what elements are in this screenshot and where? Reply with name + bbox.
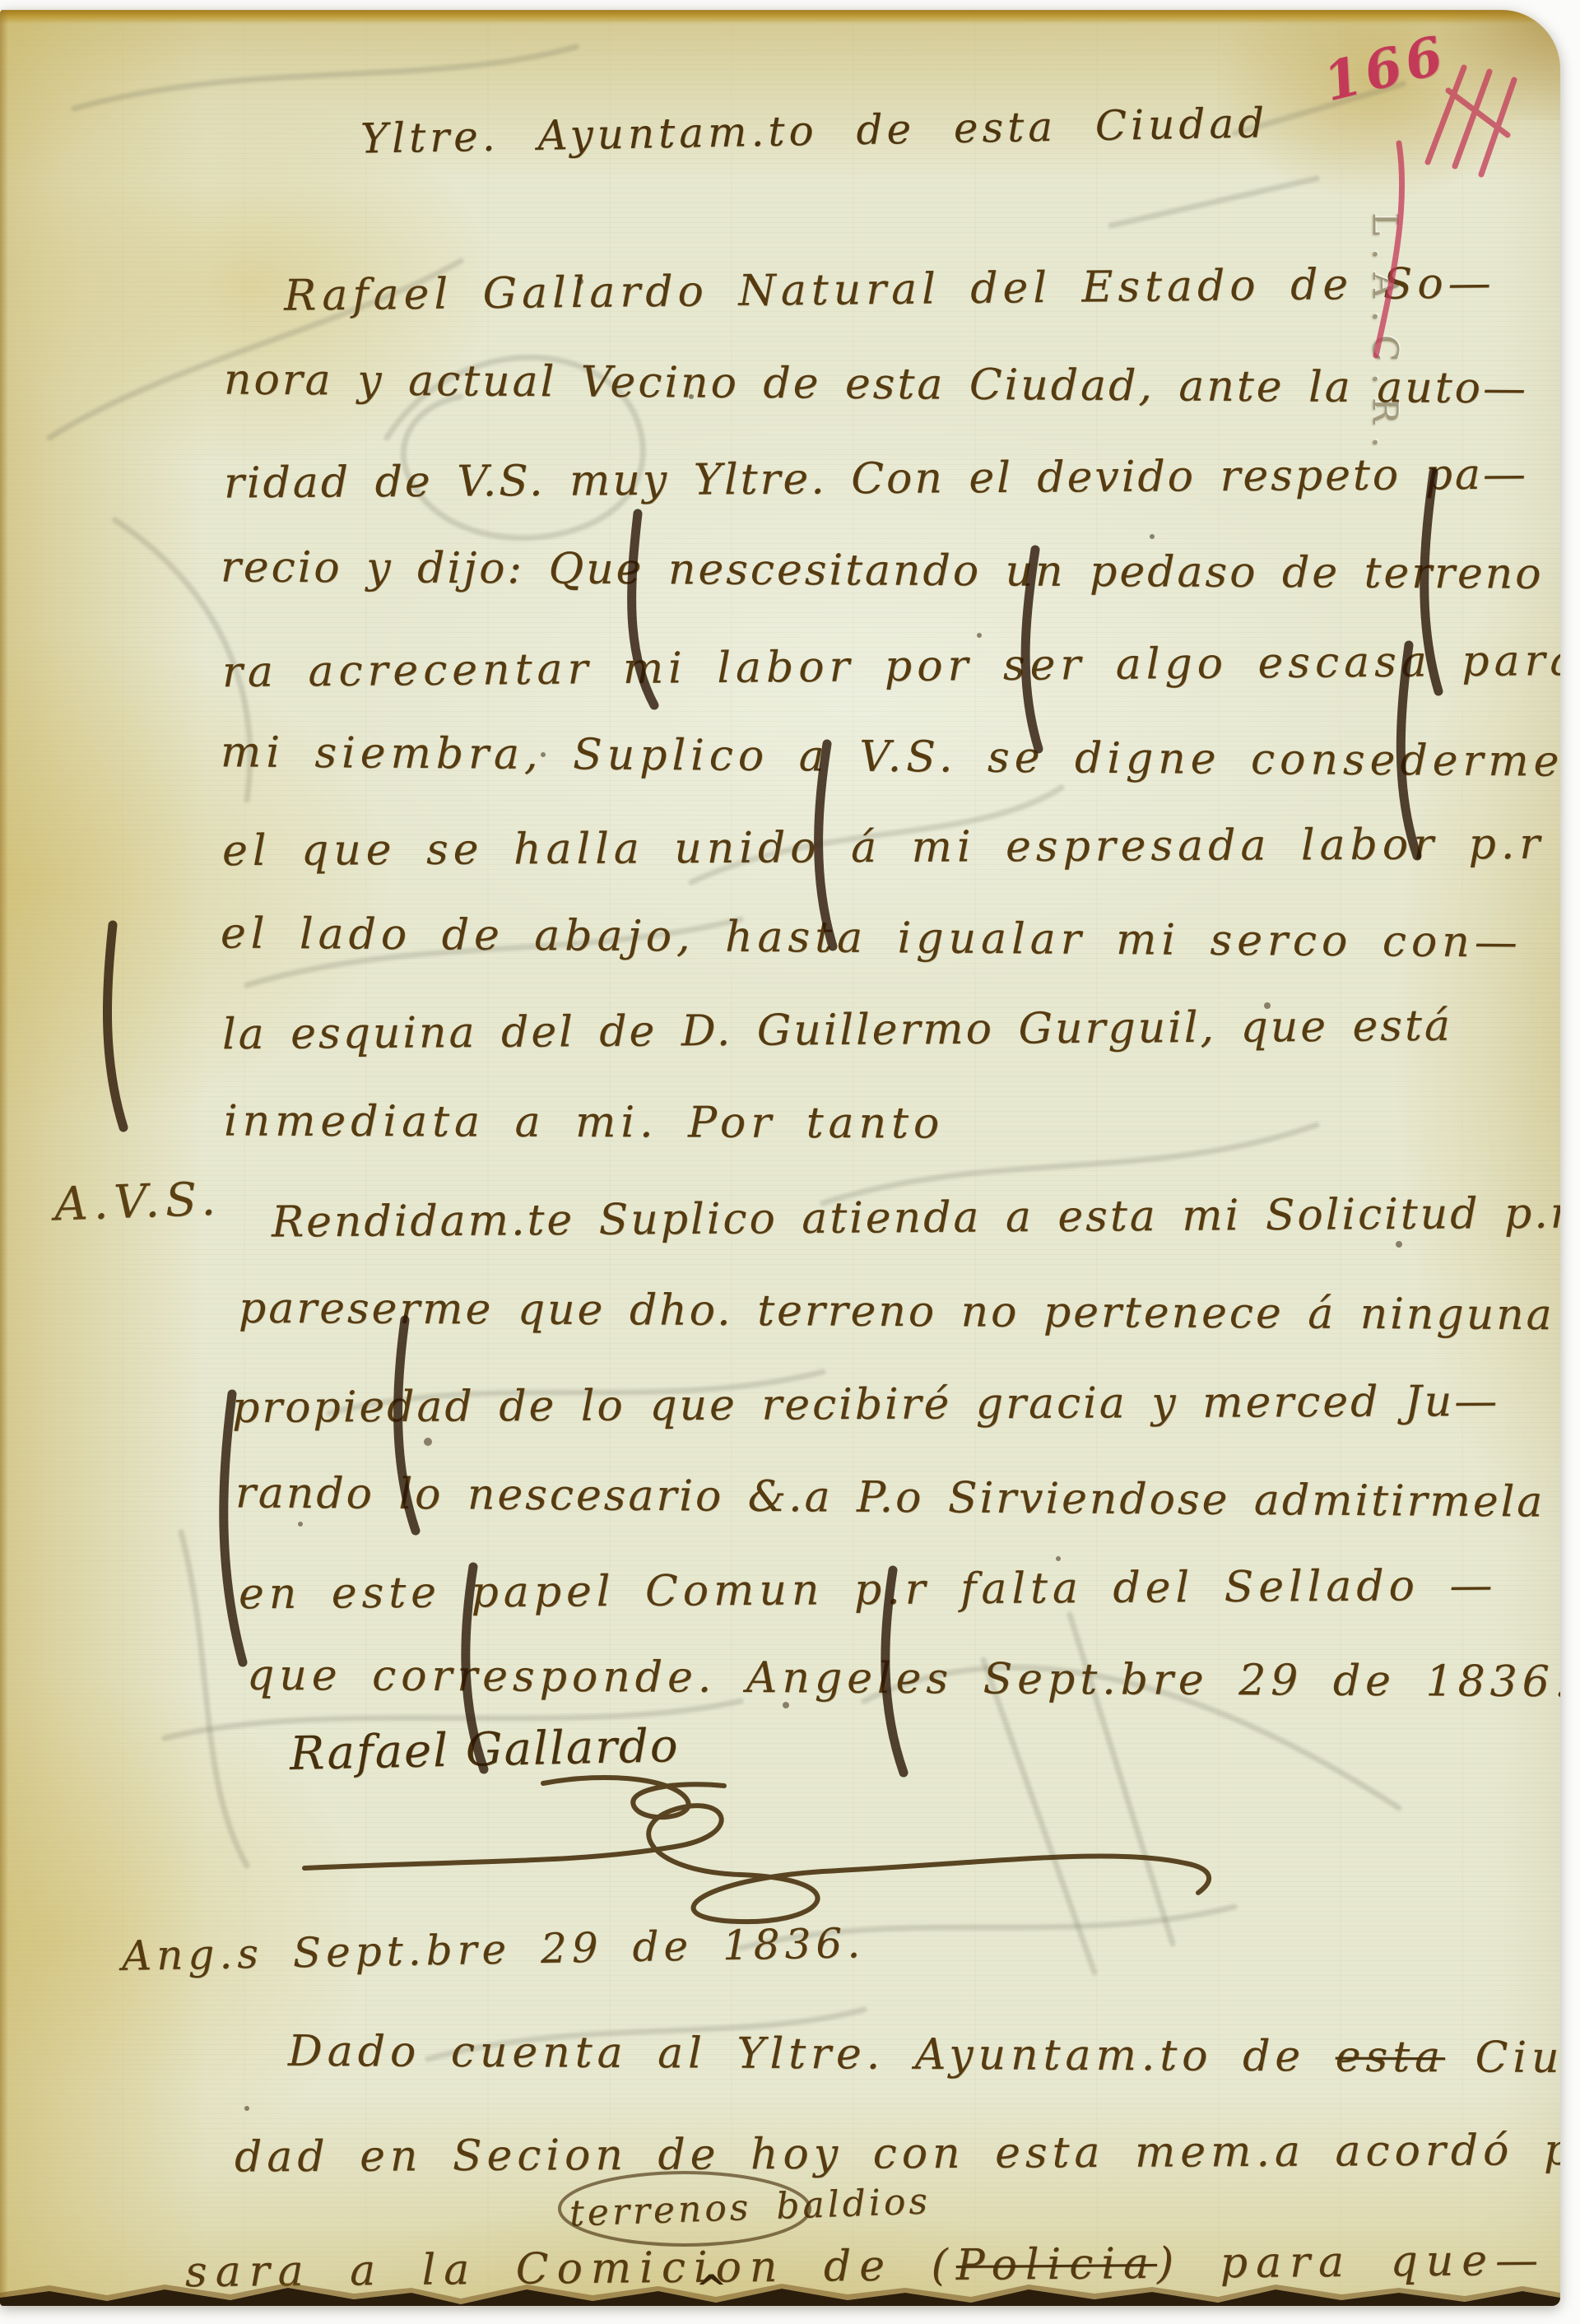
paper-deckle-edge-bottom: [0, 2273, 1560, 2306]
ink-speck: [424, 1438, 432, 1446]
red-crayon-mark: [1455, 72, 1489, 166]
docket-line: Dado cuenta al Yltre. Ayuntam.to de esta…: [288, 2027, 1560, 2083]
paper-corner-fold: [1434, 10, 1560, 120]
petition-line: ridad de V.S. muy Yltre. Con el devido r…: [224, 449, 1528, 508]
ink-speck: [1150, 534, 1155, 539]
petition-line: mi siembra, Suplico a V.S. se digne cons…: [221, 727, 1560, 786]
docket-line1-struck-word: esta: [1336, 2032, 1446, 2082]
scan-background: 166 L.A.C.R. Yltre. Ayuntam.to de esta C…: [0, 0, 1580, 2324]
ink-speck: [1396, 1241, 1402, 1248]
document-heading: Yltre. Ayuntam.to de esta Ciudad: [360, 99, 1269, 162]
request-line: que corresponde. Angeles Sept.bre 29 de …: [247, 1651, 1560, 1707]
heavy-ink-stroke: [107, 925, 123, 1127]
petition-line: la esquina del de D. Guillermo Gurguil, …: [222, 1002, 1452, 1059]
ghost-stroke: [181, 1532, 247, 1866]
heavy-ink-stroke: [224, 1394, 243, 1662]
red-crayon-mark: [1481, 80, 1514, 174]
paper-deckle-edge-top: [0, 10, 1560, 24]
docket-line1-pre: Dado cuenta al Yltre. Ayuntam.to de: [288, 2027, 1336, 2082]
ghost-stroke: [74, 47, 576, 109]
paper-stain: [0, 10, 1560, 183]
manuscript-page: 166 L.A.C.R. Yltre. Ayuntam.to de esta C…: [0, 10, 1560, 2306]
ink-speck: [1056, 1556, 1061, 1561]
request-line: pareserme que dho. terreno no pertenece …: [239, 1284, 1554, 1340]
petition-line: nora y actual Vecino de esta Ciudad, ant…: [224, 355, 1528, 413]
petition-line: ra acrecentar mi labor por ser algo esca…: [222, 636, 1560, 697]
folio-number: 166: [1317, 24, 1453, 114]
ghost-stroke: [983, 1660, 1094, 1973]
ghost-stroke: [1111, 179, 1317, 225]
docket-line: dad en Secion de hoy con esta mem.a acor…: [235, 2125, 1560, 2182]
request-line: rando lo nescesario &.a P.o Sirviendose …: [235, 1468, 1545, 1527]
petition-line: Rafael Gallardo Natural del Estado de So…: [284, 258, 1496, 320]
paper-deckle-edge-left: [0, 10, 8, 2306]
margin-note-avs: A.V.S.: [53, 1172, 222, 1231]
signature: Rafael Gallardo: [289, 1719, 680, 1781]
docket-line1-post: Ciu—: [1445, 2033, 1560, 2083]
request-line: propiedad de lo que recibiré gracia y me…: [232, 1377, 1499, 1433]
red-crayon-mark: [1448, 91, 1508, 135]
docket-insertion: terrenos baldios: [569, 2180, 932, 2234]
petition-line: inmediata a mi. Por tanto: [224, 1096, 944, 1148]
ink-speck: [298, 1522, 303, 1527]
request-line: Rendidam.te Suplico atienda a esta mi So…: [272, 1188, 1560, 1247]
rubric-stroke: [304, 1806, 1209, 1922]
request-line: en este papel Comun p.r falta del Sellad…: [239, 1561, 1498, 1620]
petition-line: el que se halla unido á mi espresada lab…: [222, 820, 1545, 876]
ink-speck: [244, 2106, 249, 2111]
rubric-stroke: [543, 1778, 724, 1817]
petition-line: el lado de abajo, hasta igualar mi serco…: [221, 909, 1522, 967]
ink-speck: [977, 633, 982, 638]
petition-line: recio y dijo: Que nescesitando un pedaso…: [221, 542, 1560, 599]
docket-date: Ang.s Sept.bre 29 de 1836.: [122, 1919, 866, 1980]
